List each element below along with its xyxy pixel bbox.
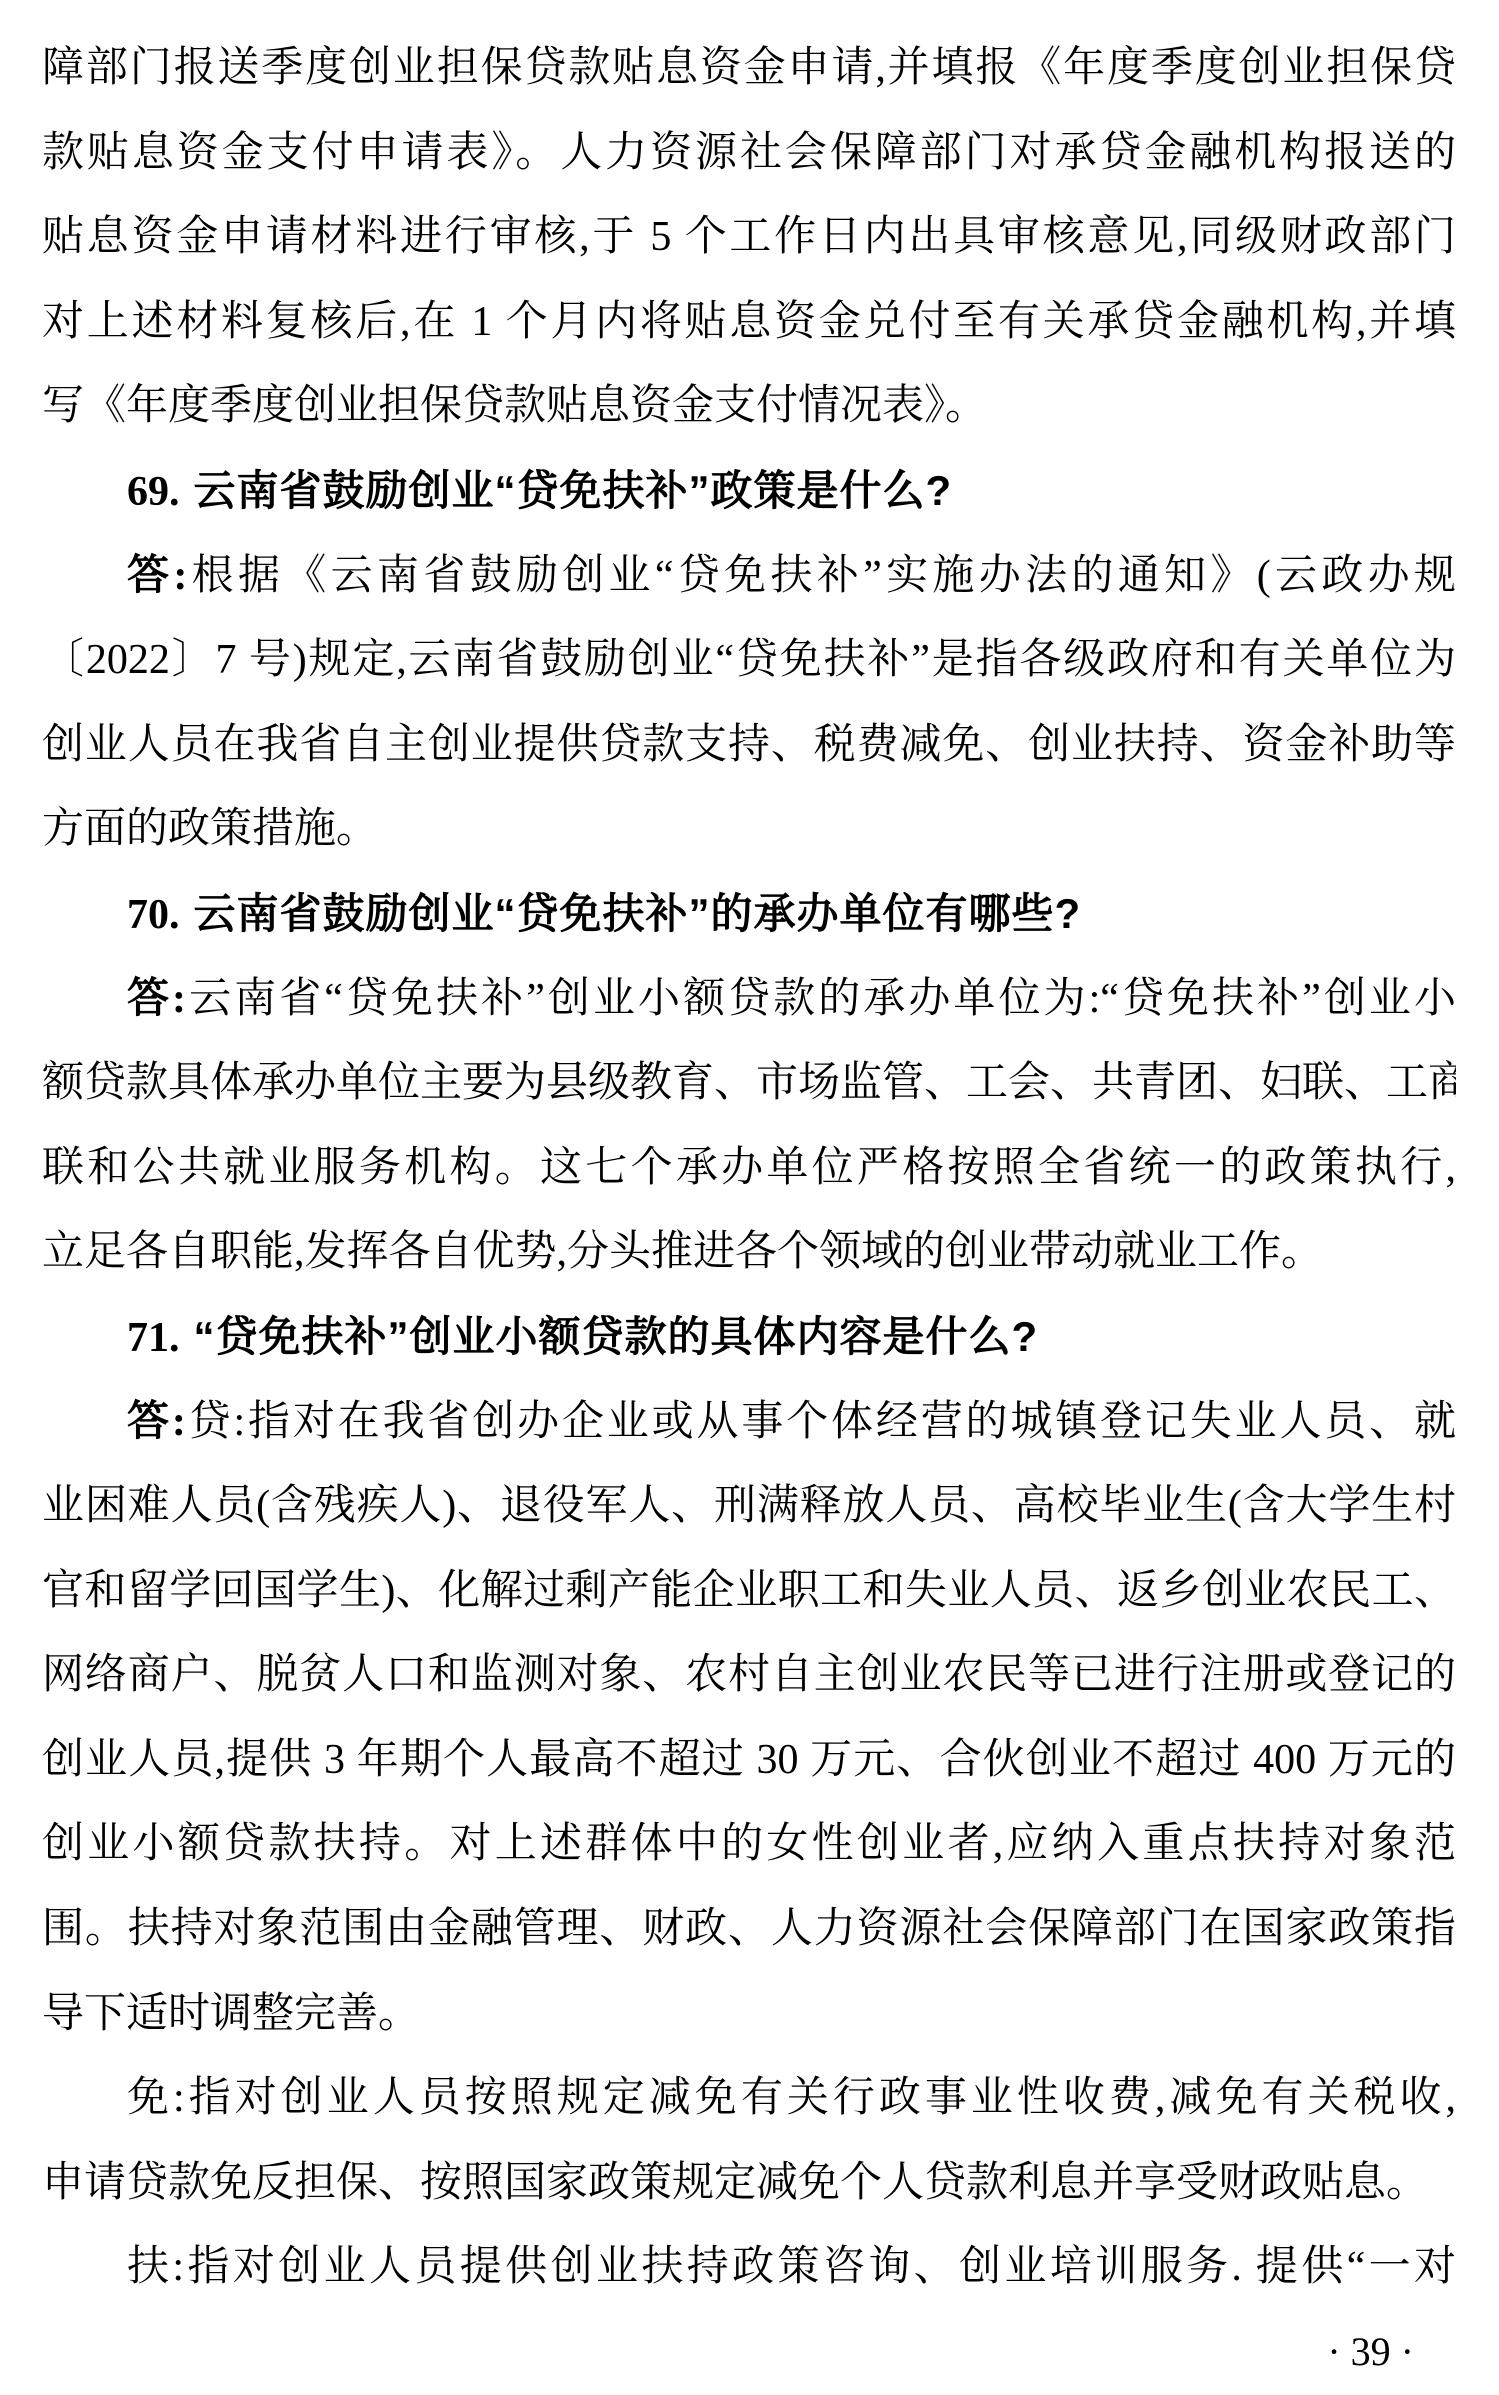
line-text: 款贴息资金支付申请表》。人力资源社会保障部门对承贷金融机构报送的: [42, 130, 1456, 176]
page-number: · 39 ·: [42, 2310, 1456, 2395]
line-text: 额贷款具体承办单位主要为县级教育、市场监管、工会、共青团、妇联、工商: [42, 1060, 1456, 1106]
line-text: 导下适时调整完善。: [42, 1991, 420, 2037]
line-text: 对上述材料复核后,在 1 个月内将贴息资金兑付至有关承贷金融机构,并填: [42, 299, 1456, 345]
line-text: 写《年度季度创业担保贷款贴息资金支付情况表》。: [42, 383, 987, 429]
text-line: 额贷款具体承办单位主要为县级教育、市场监管、工会、共青团、妇联、工商: [42, 1041, 1456, 1126]
line-text: 〔2022〕7 号)规定,云南省鼓励创业“贷免扶补”是指各级政府和有关单位为: [42, 637, 1456, 683]
text-line: 创业人员,提供 3 年期个人最高不超过 30 万元、合伙创业不超过 400 万元…: [42, 1718, 1456, 1803]
text-line: 写《年度季度创业担保贷款贴息资金支付情况表》。: [42, 364, 1456, 449]
text-line: 业困难人员(含残疾人)、退役军人、刑满释放人员、高校毕业生(含大学生村: [42, 1464, 1456, 1549]
text-line: 申请贷款免反担保、按照国家政策规定减免个人贷款利息并享受财政贴息。: [42, 2141, 1456, 2226]
line-text: 网络商户、脱贫人口和监测对象、农村自主创业农民等已进行注册或登记的: [42, 1652, 1456, 1698]
answer-line: 答:根据《云南省鼓励创业“贷免扶补”实施办法的通知》(云政办规: [42, 534, 1456, 619]
line-text: 免:指对创业人员按照规定减免有关行政事业性收费,减免有关税收,: [127, 2075, 1456, 2121]
text-line: 款贴息资金支付申请表》。人力资源社会保障部门对承贷金融机构报送的: [42, 111, 1456, 196]
answer-line: 答:贷:指对在我省创办企业或从事个体经营的城镇登记失业人员、就: [42, 1380, 1456, 1465]
text-line: 围。扶持对象范围由金融管理、财政、人力资源社会保障部门在国家政策指: [42, 1887, 1456, 1972]
question-69-heading: 69.云南省鼓励创业“贷免扶补”政策是什么?: [42, 449, 1456, 534]
text-line: 创业人员在我省自主创业提供贷款支持、税费减免、创业扶持、资金补助等: [42, 703, 1456, 788]
line-text: 围。扶持对象范围由金融管理、财政、人力资源社会保障部门在国家政策指: [42, 1906, 1456, 1952]
text-line: 障部门报送季度创业担保贷款贴息资金申请,并填报《年度季度创业担保贷: [42, 26, 1456, 111]
text-line: 导下适时调整完善。: [42, 1972, 1456, 2057]
line-text: 根据《云南省鼓励创业“贷免扶补”实施办法的通知》(云政办规: [187, 553, 1456, 599]
answer-label: 答:: [127, 553, 187, 599]
line-text: 业困难人员(含残疾人)、退役军人、刑满释放人员、高校毕业生(含大学生村: [42, 1483, 1456, 1529]
page-number-text: · 39 ·: [1327, 2329, 1414, 2374]
line-text: 云南省“贷免扶补”创业小额贷款的承办单位为:“贷免扶补”创业小: [186, 976, 1456, 1022]
answer-label: 答:: [127, 1399, 186, 1445]
line-text: 创业小额贷款扶持。对上述群体中的女性创业者,应纳入重点扶持对象范: [42, 1821, 1456, 1867]
line-text: 障部门报送季度创业担保贷款贴息资金申请,并填报《年度季度创业担保贷: [42, 45, 1456, 91]
document-page: 障部门报送季度创业担保贷款贴息资金申请,并填报《年度季度创业担保贷 款贴息资金支…: [0, 0, 1499, 2395]
text-line: 网络商户、脱贫人口和监测对象、农村自主创业农民等已进行注册或登记的: [42, 1633, 1456, 1718]
line-text: 联和公共就业服务机构。这七个承办单位严格按照全省统一的政策执行,: [42, 1145, 1456, 1191]
text-line: 扶:指对创业人员提供创业扶持政策咨询、创业培训服务. 提供“一对: [42, 2225, 1456, 2310]
line-text: 扶:指对创业人员提供创业扶持政策咨询、创业培训服务. 提供“一对: [127, 2244, 1456, 2290]
answer-line: 答:云南省“贷免扶补”创业小额贷款的承办单位为:“贷免扶补”创业小: [42, 957, 1456, 1042]
text-line: 对上述材料复核后,在 1 个月内将贴息资金兑付至有关承贷金融机构,并填: [42, 280, 1456, 365]
question-number: 70.: [127, 892, 180, 938]
text-line: 免:指对创业人员按照规定减免有关行政事业性收费,减免有关税收,: [42, 2056, 1456, 2141]
line-text: 贴息资金申请材料进行审核,于 5 个工作日内出具审核意见,同级财政部门: [42, 214, 1456, 260]
question-71-heading: 71.“贷免扶补”创业小额贷款的具体内容是什么?: [42, 1295, 1456, 1380]
text-line: 贴息资金申请材料进行审核,于 5 个工作日内出具审核意见,同级财政部门: [42, 195, 1456, 280]
line-text: 创业人员,提供 3 年期个人最高不超过 30 万元、合伙创业不超过 400 万元…: [42, 1737, 1456, 1783]
heading-text: 云南省鼓励创业“贷免扶补”政策是什么?: [194, 467, 953, 514]
answer-label: 答:: [127, 976, 186, 1022]
text-line: 官和留学回国学生)、化解过剩产能企业职工和失业人员、返乡创业农民工、: [42, 1549, 1456, 1634]
question-70-heading: 70.云南省鼓励创业“贷免扶补”的承办单位有哪些?: [42, 872, 1456, 957]
question-number: 69.: [127, 469, 180, 515]
text-line: 方面的政策措施。: [42, 787, 1456, 872]
question-number: 71.: [127, 1315, 180, 1361]
line-text: 立足各自职能,发挥各自优势,分头推进各个领域的创业带动就业工作。: [42, 1229, 1323, 1275]
text-line: 联和公共就业服务机构。这七个承办单位严格按照全省统一的政策执行,: [42, 1126, 1456, 1211]
text-line: 立足各自职能,发挥各自优势,分头推进各个领域的创业带动就业工作。: [42, 1210, 1456, 1295]
heading-text: 云南省鼓励创业“贷免扶补”的承办单位有哪些?: [194, 890, 1082, 937]
text-line: 创业小额贷款扶持。对上述群体中的女性创业者,应纳入重点扶持对象范: [42, 1802, 1456, 1887]
heading-text: “贷免扶补”创业小额贷款的具体内容是什么?: [194, 1313, 1039, 1360]
line-text: 贷:指对在我省创办企业或从事个体经营的城镇登记失业人员、就: [186, 1399, 1456, 1445]
line-text: 方面的政策措施。: [42, 806, 378, 852]
line-text: 创业人员在我省自主创业提供贷款支持、税费减免、创业扶持、资金补助等: [42, 722, 1456, 768]
text-line: 〔2022〕7 号)规定,云南省鼓励创业“贷免扶补”是指各级政府和有关单位为: [42, 618, 1456, 703]
line-text: 申请贷款免反担保、按照国家政策规定减免个人贷款利息并享受财政贴息。: [42, 2160, 1428, 2206]
line-text: 官和留学回国学生)、化解过剩产能企业职工和失业人员、返乡创业农民工、: [42, 1568, 1456, 1614]
